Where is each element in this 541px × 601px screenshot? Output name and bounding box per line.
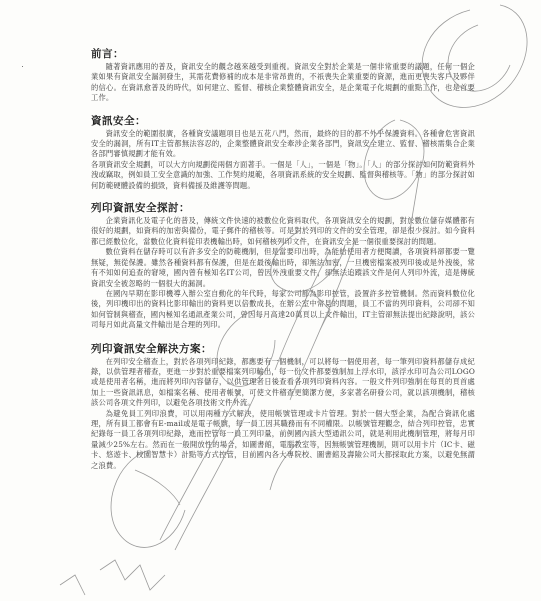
paragraph: 在國內早期在影印機導入辦公室自動化的年代時，每家公司都為影印控管，設置許多控管機… xyxy=(91,289,475,331)
scan-speck xyxy=(22,66,23,67)
paragraph: 資訊安全的範圍很廣，各種資安議題項目也是五花八門，然而，最終的目的都不外乎保護資… xyxy=(91,129,475,160)
paragraph: 企業資訊化及電子化的普及，傳統文件快速的被數位化資料取代，各項資訊安全的規劃，對… xyxy=(91,216,475,247)
section-heading: 前言： xyxy=(91,46,475,61)
section-heading: 資訊安全： xyxy=(91,113,475,128)
document-page: 前言： 隨著資訊應用的普及，資訊安全的觀念越來越受到重視。資訊安全對於企業是一個… xyxy=(91,46,475,480)
section-preface: 前言： 隨著資訊應用的普及，資訊安全的觀念越來越受到重視。資訊安全對於企業是一個… xyxy=(91,46,475,104)
section-information-security: 資訊安全： 資訊安全的範圍很廣，各種資安議題項目也是五花八門，然而，最終的目的都… xyxy=(91,113,475,191)
section-heading: 列印資訊安全探討： xyxy=(91,200,475,215)
paragraph: 隨著資訊應用的普及，資訊安全的觀念越來越受到重視。資訊安全對於企業是一個非常重要… xyxy=(91,62,475,104)
paragraph: 數位資料在儲存時可以有許多安全的防範機制，但是當要印出時，為能給使用者方便閱讀，… xyxy=(91,247,475,289)
paragraph: 各項資訊安全規劃，可以大方向規劃從兩個方面著手。一個是「人」，一個是「物」。「人… xyxy=(91,160,475,191)
section-print-security-solutions: 列印資訊安全解決方案： 在列印安全稽查上，對於各項列印紀錄，都應要有一個機制，可… xyxy=(91,341,475,471)
paragraph: 在列印安全稽查上，對於各項列印紀錄，都應要有一個機制，可以將每一個使用者，每一筆… xyxy=(91,357,475,409)
section-print-security-discussion: 列印資訊安全探討： 企業資訊化及電子化的普及，傳統文件快速的被數位化資料取代，各… xyxy=(91,200,475,330)
paragraph: 為避免員工列印浪費，可以用兩種方式解決，使用帳號管理或卡片管理。對於一個大型企業… xyxy=(91,409,475,471)
section-heading: 列印資訊安全解決方案： xyxy=(91,341,475,356)
